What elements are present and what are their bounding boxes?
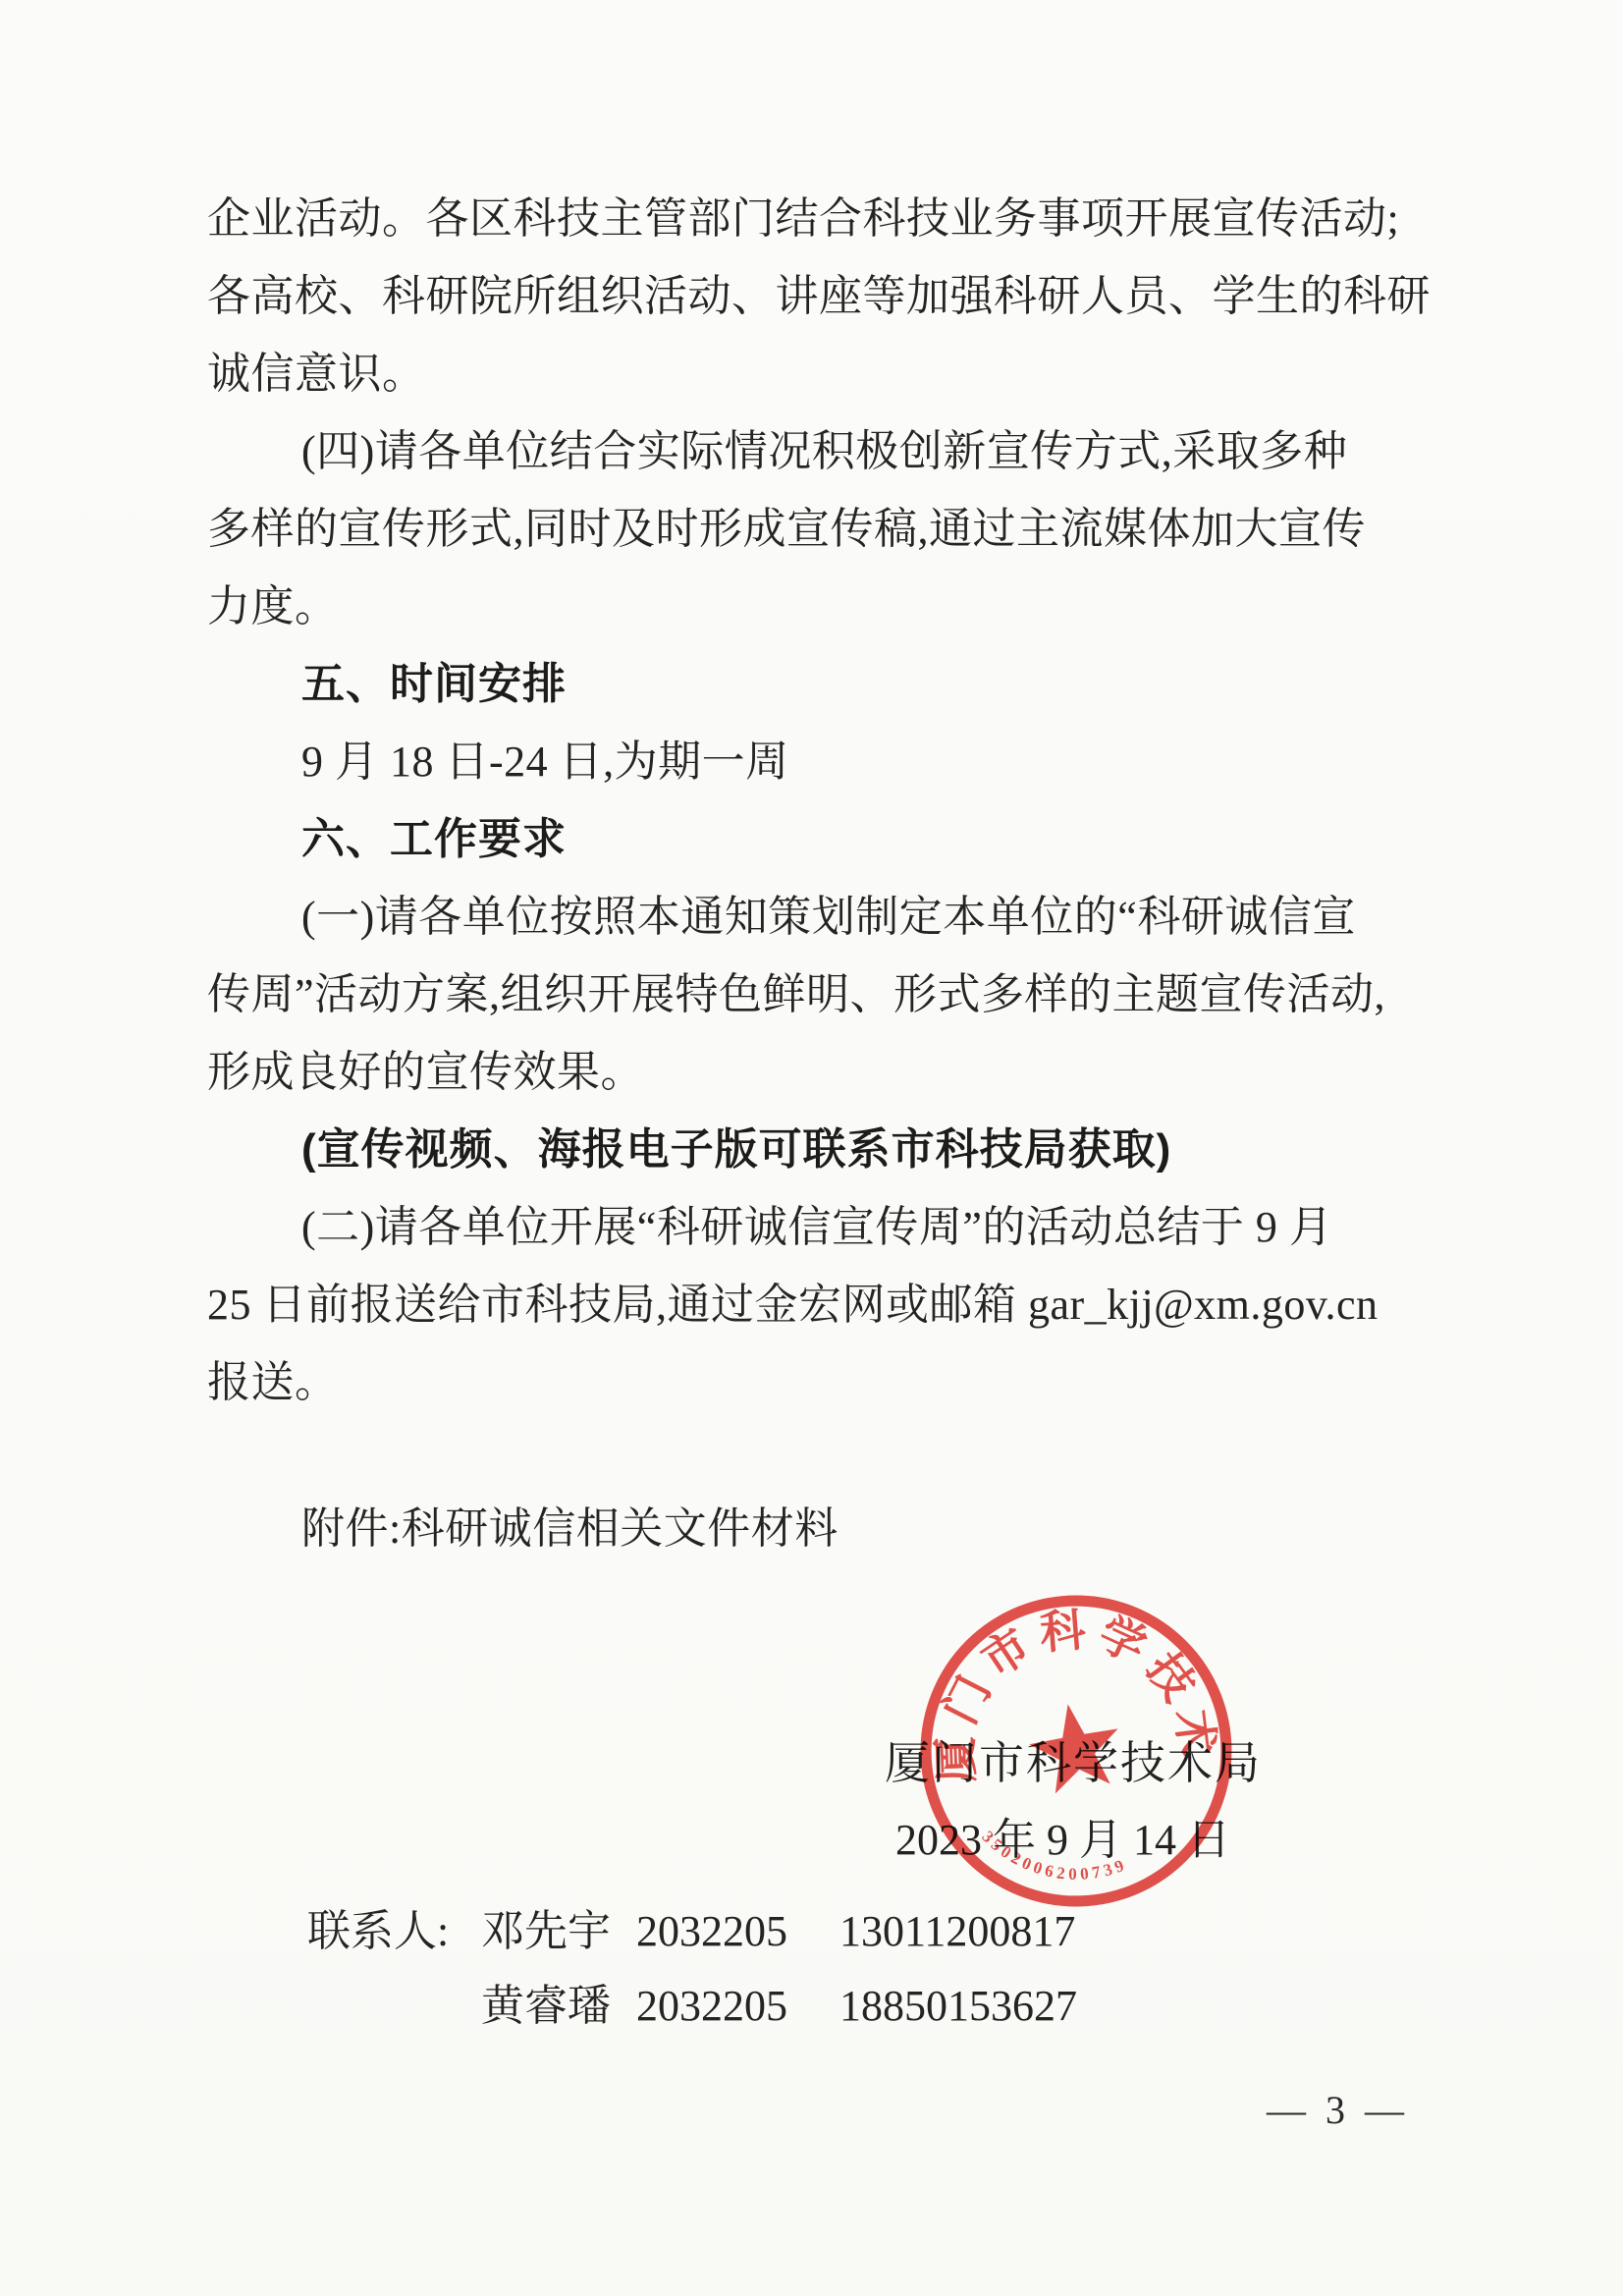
attachment-line: 附件:科研诚信相关文件材料 (207, 1490, 839, 1567)
body-line: 力度。 (207, 568, 1434, 645)
contact-phone: 13011200817 (839, 1903, 1075, 1960)
contact-extension: 2032205 (636, 1903, 787, 1960)
body-line: 报送。 (207, 1343, 1434, 1421)
body-line: (四)请各单位结合实际情况积极创新宣传方式,采取多种 (207, 412, 1434, 490)
signature-date: 2023 年 9 月 14 日 (895, 1814, 1230, 1867)
document-page: 企业活动。各区科技主管部门结合科技业务事项开展宣传活动;各高校、科研院所组织活动… (0, 0, 1623, 2296)
signature-agency: 厦门市科学技术局 (885, 1736, 1262, 1791)
contact-label: 联系人: (307, 1903, 449, 1960)
body-line: 25 日前报送给市科技局,通过金宏网或邮箱 gar_kjj@xm.gov.cn (207, 1266, 1434, 1343)
body-line: 形成良好的宣传效果。 (207, 1033, 1434, 1111)
body-line: (一)请各单位按照本通知策划制定本单位的“科研诚信宣 (207, 878, 1434, 956)
body-line: (宣传视频、海报电子版可联系市科技局获取) (207, 1111, 1434, 1188)
contact-row-2: 黄睿璠 2032205 18850153627 (0, 1978, 1623, 2035)
contact-extension: 2032205 (636, 1978, 787, 2035)
body-line: 9 月 18 日-24 日,为期一周 (207, 723, 1434, 800)
body-line: 五、时间安排 (207, 645, 1434, 723)
body-line: 传周”活动方案,组织开展特色鲜明、形式多样的主题宣传活动, (207, 956, 1434, 1033)
body-line: 各高校、科研院所组织活动、讲座等加强科研人员、学生的科研 (207, 257, 1434, 335)
body-line: (二)请各单位开展“科研诚信宣传周”的活动总结于 9 月 (207, 1188, 1434, 1266)
body-line: 六、工作要求 (207, 800, 1434, 878)
page-number: — 3 — (1267, 2086, 1409, 2135)
contact-name: 邓先宇 (481, 1903, 611, 1960)
body-line: 企业活动。各区科技主管部门结合科技业务事项开展宣传活动; (207, 180, 1434, 257)
contact-row-1: 联系人: 邓先宇 2032205 13011200817 (0, 1903, 1623, 1960)
body-line: 多样的宣传形式,同时及时形成宣传稿,通过主流媒体加大宣传 (207, 490, 1434, 568)
body-line: 诚信意识。 (207, 335, 1434, 412)
document-body: 企业活动。各区科技主管部门结合科技业务事项开展宣传活动;各高校、科研院所组织活动… (207, 180, 1434, 1421)
contact-name: 黄睿璠 (481, 1978, 611, 2035)
contact-phone: 18850153627 (839, 1978, 1077, 2035)
